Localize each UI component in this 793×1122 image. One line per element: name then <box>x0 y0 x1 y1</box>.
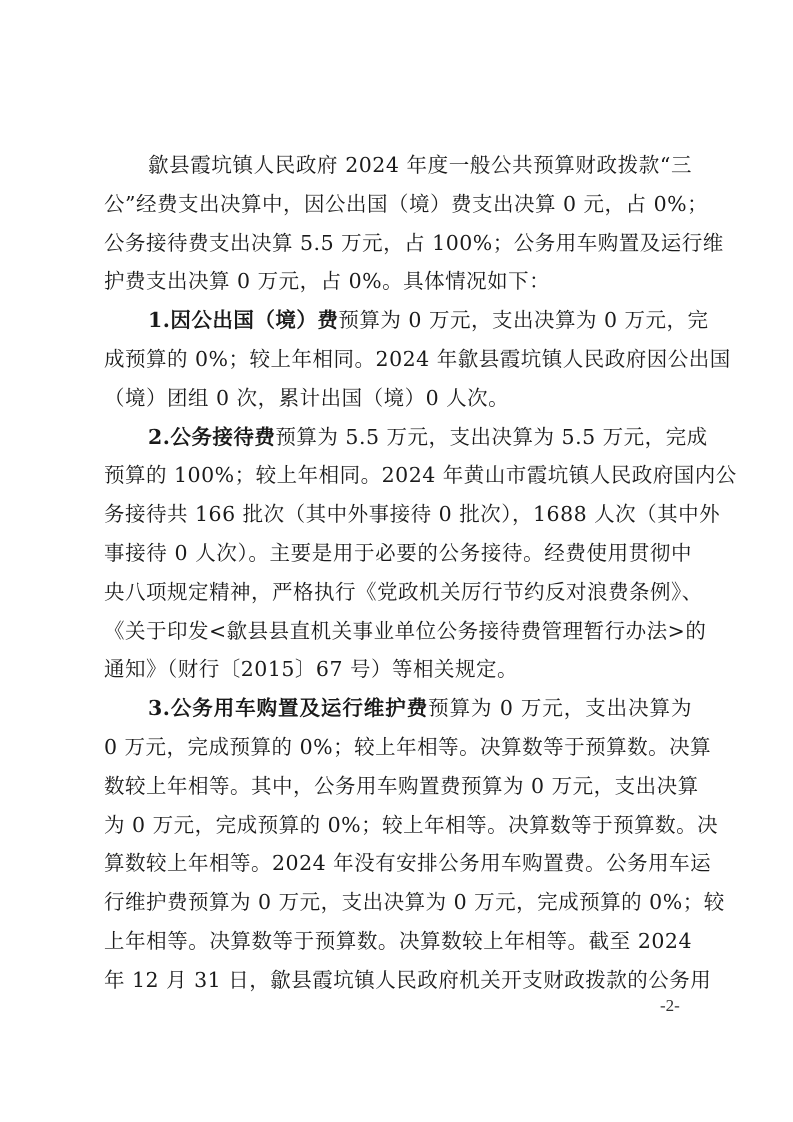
text-line: 《关于印发<歙县县直机关事业单位公务接待费管理暂行办法>的 <box>104 612 692 651</box>
text-span: 预算为 5.5 万元，支出决算为 5.5 万元，完成 <box>275 425 707 449</box>
text-line: 预算的 100%；较上年相同。2024 年黄山市霞坑镇人民政府国内公 <box>104 456 692 495</box>
text-span: 预算为 0 万元，支出决算为 0 万元，完 <box>338 308 708 332</box>
text-line: 歙县霞坑镇人民政府 2024 年度一般公共预算财政拨款“三 <box>104 146 692 185</box>
paragraph-official-reception: 2.公务接待费预算为 5.5 万元，支出决算为 5.5 万元，完成 预算的 10… <box>104 418 692 690</box>
text-line: 1.因公出国（境）费预算为 0 万元，支出决算为 0 万元，完 <box>104 301 692 340</box>
text-line: 上年相等。决算数等于预算数。决算数较上年相等。截至 2024 <box>104 922 692 961</box>
text-line: 行维护费预算为 0 万元，支出决算为 0 万元，完成预算的 0%；较 <box>104 883 692 922</box>
paragraph-intro: 歙县霞坑镇人民政府 2024 年度一般公共预算财政拨款“三 公”经费支出决算中，… <box>104 146 692 301</box>
text-line: 公务接待费支出决算 5.5 万元，占 100%；公务用车购置及运行维 <box>104 224 692 263</box>
section-heading: 2.公务接待费 <box>148 425 275 449</box>
document-body: 歙县霞坑镇人民政府 2024 年度一般公共预算财政拨款“三 公”经费支出决算中，… <box>104 146 692 1000</box>
text-line: 央八项规定精神，严格执行《党政机关厉行节约反对浪费条例》、 <box>104 573 692 612</box>
text-line: 为 0 万元，完成预算的 0%；较上年相等。决算数等于预算数。决 <box>104 806 692 845</box>
text-line: 0 万元，完成预算的 0%；较上年相等。决算数等于预算数。决算 <box>104 728 692 767</box>
text-line: 护费支出决算 0 万元，占 0%。具体情况如下： <box>104 262 692 301</box>
text-line: 通知》（财行〔2015〕67 号）等相关规定。 <box>104 650 692 689</box>
section-heading: 1.因公出国（境）费 <box>148 308 338 332</box>
text-line: 3.公务用车购置及运行维护费预算为 0 万元，支出决算为 <box>104 689 692 728</box>
text-line: 算数较上年相等。2024 年没有安排公务用车购置费。公务用车运 <box>104 844 692 883</box>
paragraph-overseas-travel: 1.因公出国（境）费预算为 0 万元，支出决算为 0 万元，完 成预算的 0%；… <box>104 301 692 417</box>
text-line: （境）团组 0 次，累计出国（境）0 人次。 <box>104 379 692 418</box>
document-page: 歙县霞坑镇人民政府 2024 年度一般公共预算财政拨款“三 公”经费支出决算中，… <box>0 0 793 1122</box>
text-line: 事接待 0 人次）。主要是用于必要的公务接待。经费使用贯彻中 <box>104 534 692 573</box>
section-heading: 3.公务用车购置及运行维护费 <box>148 696 428 720</box>
text-line: 年 12 月 31 日，歙县霞坑镇人民政府机关开支财政拨款的公务用 <box>104 961 692 1000</box>
text-line: 成预算的 0%；较上年相同。2024 年歙县霞坑镇人民政府因公出国 <box>104 340 692 379</box>
text-line: 公”经费支出决算中，因公出国（境）费支出决算 0 元，占 0%； <box>104 185 692 224</box>
text-line: 务接待共 166 批次（其中外事接待 0 批次），1688 人次（其中外 <box>104 495 692 534</box>
page-number: -2- <box>660 996 680 1016</box>
paragraph-official-vehicles: 3.公务用车购置及运行维护费预算为 0 万元，支出决算为 0 万元，完成预算的 … <box>104 689 692 999</box>
text-span: 预算为 0 万元，支出决算为 <box>428 696 692 720</box>
text-line: 数较上年相等。其中，公务用车购置费预算为 0 万元，支出决算 <box>104 767 692 806</box>
text-line: 2.公务接待费预算为 5.5 万元，支出决算为 5.5 万元，完成 <box>104 418 692 457</box>
